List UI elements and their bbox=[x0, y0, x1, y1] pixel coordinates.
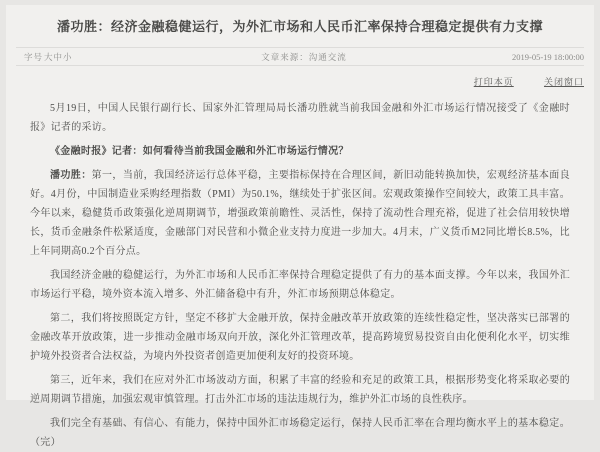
paragraph-bold-segment: 潘功胜： bbox=[50, 170, 92, 181]
paragraph-bold-segment: 《金融时报》记者：如何看待当前我国金融和外汇市场运行情况？ bbox=[50, 146, 349, 157]
article-source: 文章来源：沟通交流 bbox=[189, 51, 420, 63]
paragraph: 我国经济金融的稳健运行，为外汇市场和人民币汇率保持合理稳定提供了有力的基本面支撑… bbox=[30, 266, 570, 304]
page-actions: 打印本页 关闭窗口 bbox=[6, 75, 584, 88]
article-source-label: 文章来源： bbox=[261, 52, 309, 62]
paragraph-segment: 第一，当前，我国经济运行总体平稳，主要指标保持在合理区间，新旧动能转换加快，宏观… bbox=[30, 170, 570, 257]
paragraph: 第二，我们将按照既定方针，坚定不移扩大金融开放，保持金融改革开放政策的连续性稳定… bbox=[30, 309, 570, 366]
paragraph: 潘功胜：第一，当前，我国经济运行总体平稳，主要指标保持在合理区间，新旧动能转换加… bbox=[30, 166, 570, 261]
font-size-label: 字号 bbox=[24, 51, 43, 63]
font-size-option-small[interactable]: 小 bbox=[63, 52, 73, 62]
print-page-link[interactable]: 打印本页 bbox=[474, 77, 514, 87]
paragraph-segment: 5月19日，中国人民银行副行长、国家外汇管理局局长潘功胜就当前我国金融和外汇市场… bbox=[30, 103, 570, 133]
font-size-control: 字号 大中小 bbox=[16, 51, 189, 63]
page-title: 潘功胜：经济金融稳健运行，为外汇市场和人民币汇率保持合理稳定提供有力支撑 bbox=[6, 5, 594, 47]
font-size-option-large[interactable]: 大 bbox=[44, 52, 54, 62]
close-window-link[interactable]: 关闭窗口 bbox=[544, 77, 584, 87]
article-source-value: 沟通交流 bbox=[309, 52, 347, 62]
paragraph: 第三，近年来，我们在应对外汇市场波动方面，积累了丰富的经验和充足的政策工具，根据… bbox=[30, 371, 570, 407]
font-size-options: 大中小 bbox=[44, 51, 73, 63]
paragraph-segment: 第三，近年来，我们在应对外汇市场波动方面，积累了丰富的经验和充足的政策工具，根据… bbox=[30, 375, 570, 405]
paragraph-segment: 第二，我们将按照既定方针，坚定不移扩大金融开放，保持金融改革开放政策的连续性稳定… bbox=[30, 313, 570, 362]
article-body: 5月19日，中国人民银行副行长、国家外汇管理局局长潘功胜就当前我国金融和外汇市场… bbox=[30, 99, 570, 407]
paragraph: 5月19日，中国人民银行副行长、国家外汇管理局局长潘功胜就当前我国金融和外汇市场… bbox=[30, 99, 570, 137]
paragraph: 《金融时报》记者：如何看待当前我国金融和外汇市场运行情况？ bbox=[30, 142, 570, 161]
font-size-option-medium[interactable]: 中 bbox=[54, 52, 64, 62]
meta-bar: 字号 大中小 文章来源：沟通交流 2019-05-19 18:00:00 bbox=[16, 47, 584, 66]
paragraph-segment: 我国经济金融的稳健运行，为外汇市场和人民币汇率保持合理稳定提供了有力的基本面支撑… bbox=[30, 270, 570, 300]
article-datetime: 2019-05-19 18:00:00 bbox=[419, 52, 584, 62]
article-panel: 潘功胜：经济金融稳健运行，为外汇市场和人民币汇率保持合理稳定提供有力支撑 字号 … bbox=[6, 5, 594, 400]
